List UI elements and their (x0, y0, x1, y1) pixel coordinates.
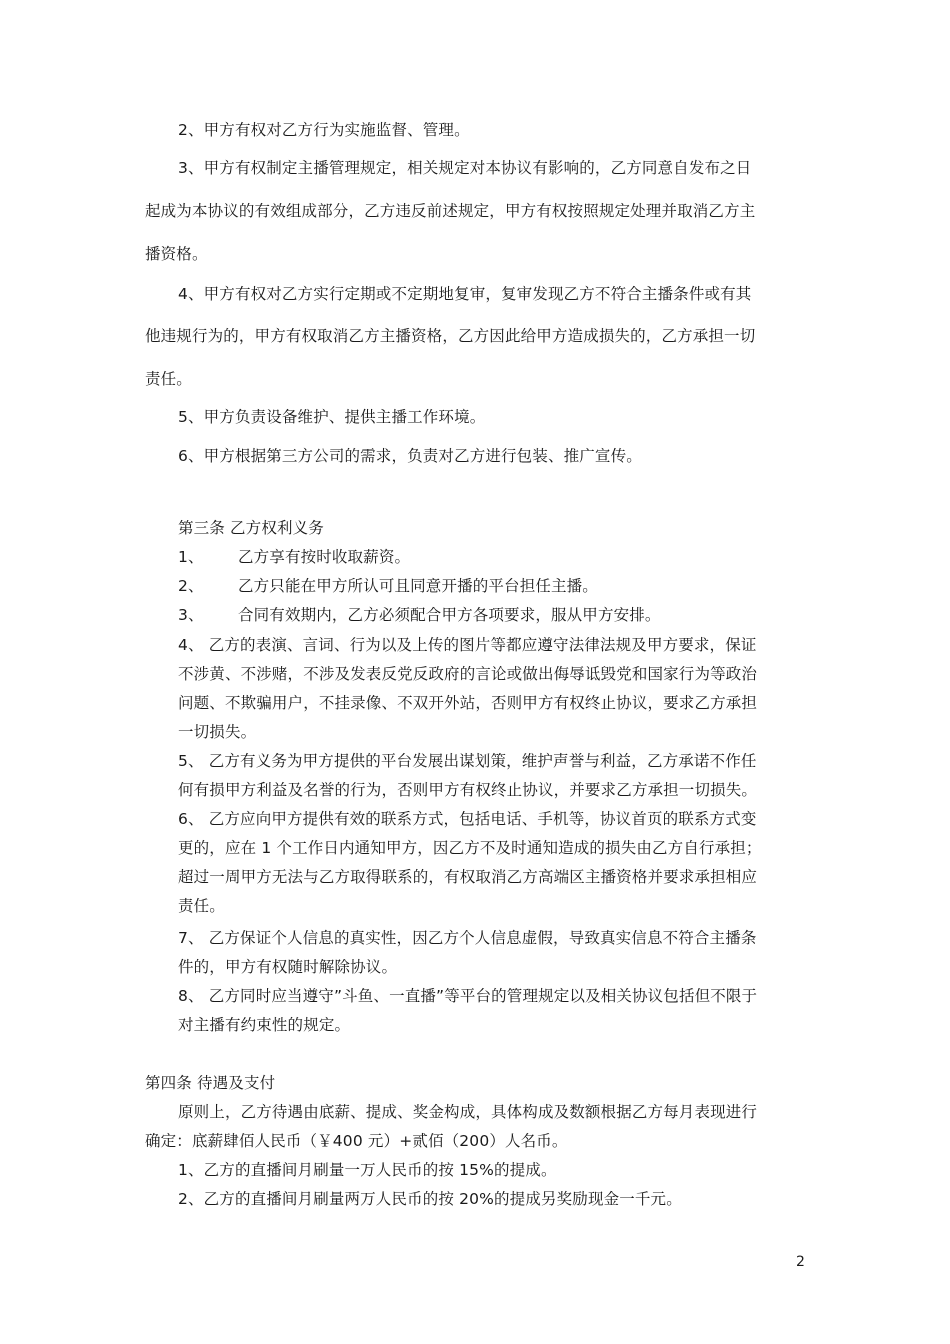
section4-item-2: 2、乙方的直播间月刷量两万人民币的按 20%的提成另奖励现金一千元。 (178, 1189, 805, 1209)
item-text: 乙方享有按时收取薪资。 (238, 548, 410, 566)
section3-item-6-line2: 更的，应在 1 个工作日内通知甲方，因乙方不及时通知造成的损失由乙方自行承担； (178, 838, 805, 858)
item-number: 2、 (178, 576, 238, 596)
section3-item-5-line2: 何有损甲方利益及名誉的行为，否则甲方有权终止协议，并要求乙方承担一切损失。 (178, 780, 805, 800)
section3-item-6-line4: 责任。 (178, 896, 805, 916)
party-a-right-4-line1: 4、甲方有权对乙方实行定期或不定期地复审，复审发现乙方不符合主播条件或有其 (178, 284, 805, 304)
item-text: 乙方只能在甲方所认可且同意开播的平台担任主播。 (238, 577, 598, 595)
section3-item-4-line1: 4、 乙方的表演、言词、行为以及上传的图片等都应遵守法律法规及甲方要求，保证 (178, 635, 805, 655)
party-a-right-4-line2: 他违规行为的，甲方有权取消乙方主播资格，乙方因此给甲方造成损失的，乙方承担一切 (145, 326, 805, 346)
section3-item-2: 2、乙方只能在甲方所认可且同意开播的平台担任主播。 (178, 576, 805, 596)
item-number: 3、 (178, 605, 238, 625)
party-a-right-3-line3: 播资格。 (145, 244, 805, 264)
section3-item-1: 1、乙方享有按时收取薪资。 (178, 547, 805, 567)
section4-heading: 第四条 待遇及支付 (145, 1073, 805, 1093)
party-a-right-3-line1: 3、甲方有权制定主播管理规定，相关规定对本协议有影响的，乙方同意自发布之日 (178, 158, 805, 178)
section3-item-5-line1: 5、 乙方有义务为甲方提供的平台发展出谋划策，维护声誉与利益，乙方承诺不作任 (178, 751, 805, 771)
section3-item-3: 3、合同有效期内，乙方必须配合甲方各项要求，服从甲方安排。 (178, 605, 805, 625)
party-a-right-3-line2: 起成为本协议的有效组成部分，乙方违反前述规定，甲方有权按照规定处理并取消乙方主 (145, 201, 805, 221)
section3-item-4-line4: 一切损失。 (178, 722, 805, 742)
section3-item-4-line2: 不涉黄、不涉赌，不涉及发表反党反政府的言论或做出侮辱诋毁党和国家行为等政治 (178, 664, 805, 684)
section3-item-4-line3: 问题、不欺骗用户，不挂录像、不双开外站，否则甲方有权终止协议，要求乙方承担 (178, 693, 805, 713)
section3-heading: 第三条 乙方权利义务 (178, 518, 805, 538)
party-a-right-5: 5、甲方负责设备维护、提供主播工作环境。 (178, 407, 805, 427)
section3-item-8-line1: 8、 乙方同时应当遵守”斗鱼、一直播”等平台的管理规定以及相关协议包括但不限于 (178, 986, 805, 1006)
section3-item-8-line2: 对主播有约束性的规定。 (178, 1015, 805, 1035)
section3-item-6-line1: 6、 乙方应向甲方提供有效的联系方式，包括电话、手机等，协议首页的联系方式变 (178, 809, 805, 829)
page-number: 2 (796, 1253, 805, 1271)
section4-item-1: 1、乙方的直播间月刷量一万人民币的按 15%的提成。 (178, 1160, 805, 1180)
section3-item-7-line2: 件的，甲方有权随时解除协议。 (178, 957, 805, 977)
item-number: 1、 (178, 547, 238, 567)
document-page: 2、甲方有权对乙方行为实施监督、管理。 3、甲方有权制定主播管理规定，相关规定对… (0, 0, 950, 1344)
section3-item-6-line3: 超过一周甲方无法与乙方取得联系的，有权取消乙方高端区主播资格并要求承担相应 (178, 867, 805, 887)
item-text: 合同有效期内，乙方必须配合甲方各项要求，服从甲方安排。 (238, 606, 661, 624)
section4-intro-line2: 确定：底薪肆佰人民币（￥400 元）+贰佰（200）人名币。 (145, 1131, 805, 1151)
section3-item-7-line1: 7、 乙方保证个人信息的真实性，因乙方个人信息虚假，导致真实信息不符合主播条 (178, 928, 805, 948)
party-a-right-6: 6、甲方根据第三方公司的需求，负责对乙方进行包装、推广宣传。 (178, 446, 805, 466)
section4-intro-line1: 原则上，乙方待遇由底薪、提成、奖金构成，具体构成及数额根据乙方每月表现进行 (178, 1102, 805, 1122)
party-a-right-2: 2、甲方有权对乙方行为实施监督、管理。 (178, 120, 805, 140)
party-a-right-4-line3: 责任。 (145, 369, 805, 389)
